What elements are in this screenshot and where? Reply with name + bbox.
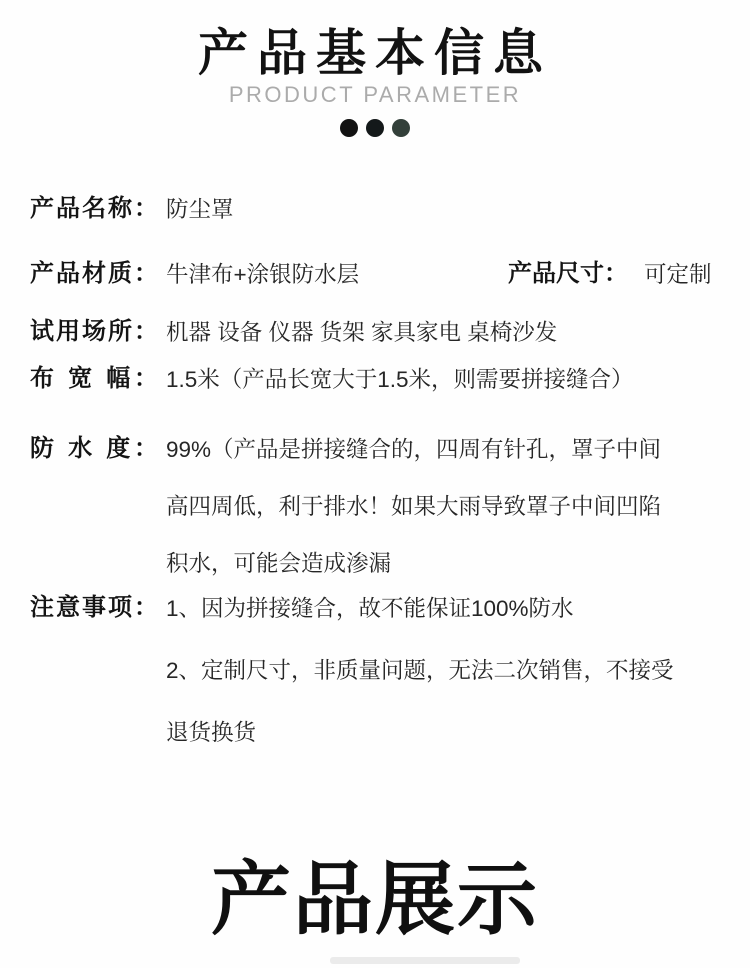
product-info-page: 产品基本信息 PRODUCT PARAMETER 产品名称： 防尘罩 产品材质：… <box>0 0 750 968</box>
param-label-notes: 注意事项： <box>30 593 158 623</box>
next-section-title: 产品展示 <box>0 852 750 948</box>
param-row-name: 产品名称： 防尘罩 <box>30 194 724 225</box>
param-row-width: 布 宽 幅： 1.5米（产品长宽大于1.5米，则需要拼接缝合） <box>30 364 724 395</box>
param-label-size: 产品尺寸： <box>508 259 628 289</box>
param-value-usage: 机器 设备 仪器 货架 家具家电 桌椅沙发 <box>166 317 557 348</box>
param-label-name: 产品名称： <box>30 194 158 224</box>
decorative-dots <box>0 119 750 137</box>
param-label-usage: 试用场所： <box>30 317 158 347</box>
notes-line-3: 退货换货 <box>166 718 674 748</box>
param-row-material: 产品材质： 牛津布+涂银防水层 产品尺寸： 可定制 <box>30 259 724 290</box>
clipped-next-section-text <box>330 957 520 964</box>
waterproof-line-3: 积水，可能会造成渗漏 <box>166 549 661 579</box>
dot-icon <box>392 119 410 137</box>
notes-line-1: 1、因为拼接缝合，故不能保证100%防水 <box>166 594 674 624</box>
param-value-notes: 1、因为拼接缝合，故不能保证100%防水 2、定制尺寸，非质量问题，无法二次销售… <box>166 593 674 748</box>
page-title: 产品基本信息 <box>0 26 750 81</box>
dot-icon <box>366 119 384 137</box>
param-pair-size: 产品尺寸： 可定制 <box>508 259 712 290</box>
param-value-material: 牛津布+涂银防水层 <box>166 259 359 290</box>
param-value-name: 防尘罩 <box>166 194 234 225</box>
notes-line-2: 2、定制尺寸，非质量问题，无法二次销售，不接受 <box>166 656 674 686</box>
section-header: 产品基本信息 PRODUCT PARAMETER <box>0 0 750 137</box>
param-row-waterproof: 防 水 度： 99%（产品是拼接缝合的，四周有针孔，罩子中间 高四周低，利于排水… <box>30 434 724 579</box>
param-value-size: 可定制 <box>644 259 712 290</box>
page-subtitle: PRODUCT PARAMETER <box>0 82 750 108</box>
param-value-width: 1.5米（产品长宽大于1.5米，则需要拼接缝合） <box>166 364 634 395</box>
product-parameters: 产品名称： 防尘罩 产品材质： 牛津布+涂银防水层 产品尺寸： 可定制 试用场所… <box>30 194 724 748</box>
waterproof-line-1: 99%（产品是拼接缝合的，四周有针孔，罩子中间 <box>166 435 661 465</box>
param-label-material: 产品材质： <box>30 259 158 289</box>
param-row-usage: 试用场所： 机器 设备 仪器 货架 家具家电 桌椅沙发 <box>30 317 724 348</box>
param-row-notes: 注意事项： 1、因为拼接缝合，故不能保证100%防水 2、定制尺寸，非质量问题，… <box>30 593 724 748</box>
param-label-waterproof: 防 水 度： <box>30 434 158 464</box>
param-label-width: 布 宽 幅： <box>30 364 158 394</box>
param-value-waterproof: 99%（产品是拼接缝合的，四周有针孔，罩子中间 高四周低，利于排水！如果大雨导致… <box>166 434 661 579</box>
waterproof-line-2: 高四周低，利于排水！如果大雨导致罩子中间凹陷 <box>166 492 661 522</box>
dot-icon <box>340 119 358 137</box>
